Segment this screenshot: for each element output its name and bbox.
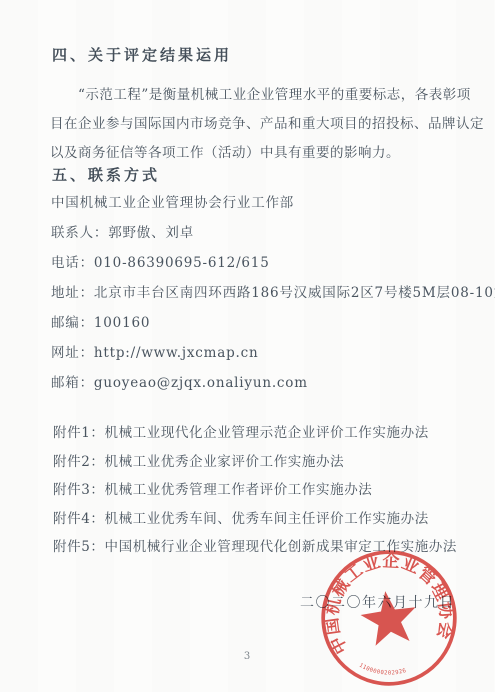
document-page: 四、关于评定结果运用 “示范工程”是衡量机械工业企业管理水平的重要标志，各表彰项… [0, 0, 495, 692]
attachment-item: 附件3：机械工业优秀管理工作者评价工作实施办法 [53, 476, 475, 505]
contact-info-block: 中国机械工业企业管理协会行业工作部 联系人：郭野傲、刘卓 电话：010-8639… [51, 188, 475, 398]
official-seal-graphic: 中国机械工业企业管理协会 1100000202926 [308, 537, 471, 692]
official-seal: 中国机械工业企业管理协会 1100000202926 [308, 537, 471, 692]
attachment-item: 附件4：机械工业优秀车间、优秀车间主任评价工作实施办法 [53, 505, 475, 534]
contact-organization: 中国机械工业企业管理协会行业工作部 [51, 188, 475, 218]
attachments-list: 附件1：机械工业现代化企业管理示范企业评价工作实施办法 附件2：机械工业优秀企业… [53, 419, 475, 562]
paragraph-line: 目在企业参与国际国内市场竞争、产品和重大项目的招投标、品牌认定 [50, 110, 469, 139]
star-icon [358, 587, 420, 647]
paragraph-line: “示范工程”是衡量机械工业企业管理水平的重要标志，各表彰项 [50, 81, 469, 110]
section-four-paragraph: “示范工程”是衡量机械工业企业管理水平的重要标志，各表彰项 目在企业参与国际国内… [50, 81, 469, 168]
contact-person: 联系人：郭野傲、刘卓 [51, 218, 475, 248]
attachment-item: 附件1：机械工业现代化企业管理示范企业评价工作实施办法 [53, 419, 475, 448]
contact-phone: 电话：010-86390695-612/615 [51, 248, 475, 278]
contact-address: 地址：北京市丰台区南四环西路186号汉威国际2区7号楼5M层08-10室 [51, 278, 475, 308]
contact-website: 网址：http://www.jxcmap.cn [51, 338, 475, 368]
section-four-heading: 四、关于评定结果运用 [52, 44, 232, 65]
contact-postcode: 邮编：100160 [51, 308, 475, 338]
contact-email: 邮箱：guoyeao@zjqx.onaliyun.com [51, 368, 475, 398]
attachment-item: 附件2：机械工业优秀企业家评价工作实施办法 [53, 448, 475, 477]
section-five-heading: 五、联系方式 [52, 164, 160, 185]
